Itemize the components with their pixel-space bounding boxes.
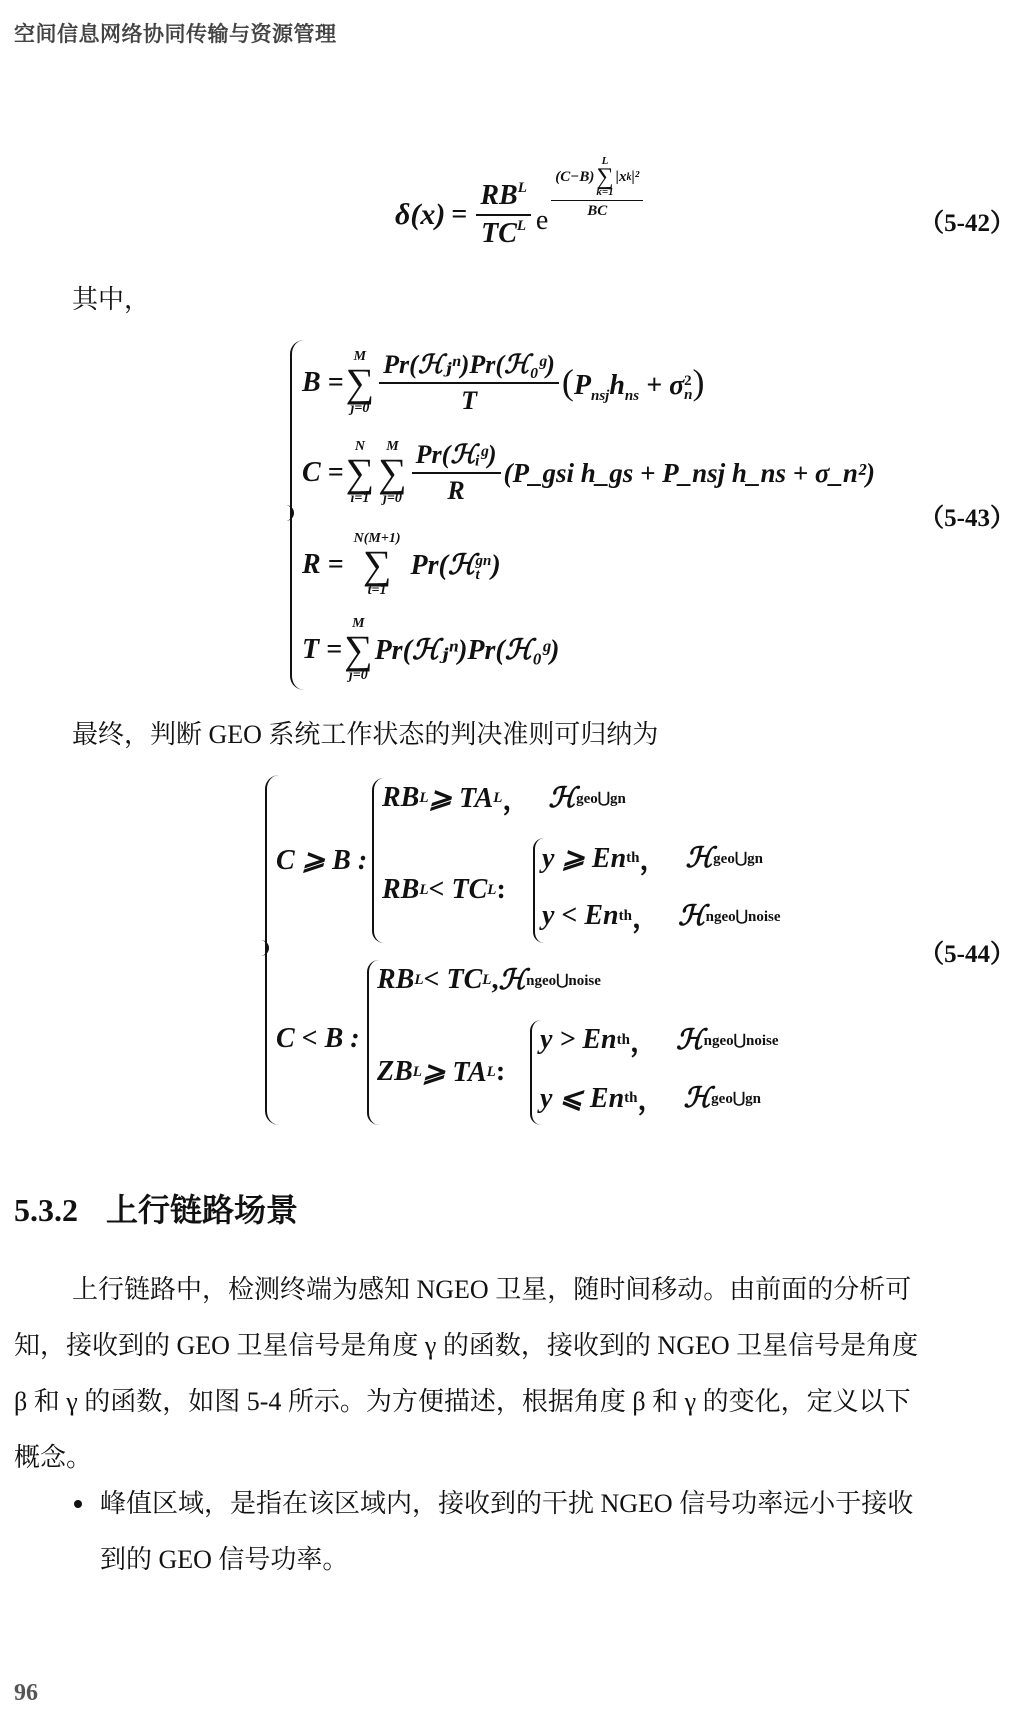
equation-label-5-44: （5-44） [919, 934, 1015, 970]
hyp-sub: ngeo⋃noise [706, 907, 781, 926]
row-body: Pr(ℋⱼⁿ)Pr(ℋ₀ᵍ) [375, 633, 560, 667]
sub: th [624, 1090, 637, 1107]
hyp: ℋ [676, 1023, 704, 1057]
body-sup: gn [476, 554, 492, 568]
expr: RB [382, 782, 419, 814]
sup2: L [487, 882, 496, 899]
page-number: 96 [14, 1680, 38, 1707]
sigma-icon: ∑ [346, 454, 375, 492]
exp-pre: (C−B) [555, 169, 594, 186]
rel: ⩾ TA [429, 781, 494, 815]
colon: : [496, 1056, 505, 1088]
eq-fraction: RBL TCL [476, 180, 531, 250]
sup2: L [493, 790, 502, 807]
sub: th [619, 908, 632, 925]
sup: L [419, 790, 428, 807]
num-sup: L [518, 180, 527, 196]
sigma-icon: ∑ [596, 167, 613, 187]
row-tail: (P_gsi h_gs + P_nsj h_ns + σ_n²) [504, 458, 876, 489]
sep: ， [637, 1078, 665, 1118]
body-text: Pr(ℋ [411, 550, 476, 581]
tail-sup: 2 [684, 374, 692, 388]
sum-symbol-2: M ∑ j=0 [378, 440, 407, 506]
sigma-icon: ∑ [378, 454, 407, 492]
sum-symbol: L ∑ k=1 [596, 156, 613, 198]
sep: ， [502, 778, 530, 818]
hyp: ℋ [686, 841, 714, 875]
sup: L [414, 972, 423, 989]
sep: ， [632, 896, 660, 936]
num-text: RB [480, 180, 517, 211]
rel: < TC [429, 874, 488, 906]
row-body: Pr(ℋgnt) [411, 548, 501, 582]
eq-equals: = [451, 199, 467, 231]
eq-row-T: T = M ∑ j=0 Pr(ℋⱼⁿ)Pr(ℋ₀ᵍ) [302, 610, 560, 690]
exponent-denominator: BC [587, 201, 607, 220]
sub: th [626, 850, 639, 867]
rel: < TC [424, 964, 483, 996]
sum-bottom: k=1 [596, 187, 613, 198]
bullet-icon [74, 1500, 82, 1508]
expr: y ⩽ En [540, 1081, 624, 1115]
hyp-sub: ngeo⋃noise [526, 971, 601, 990]
eq-row-C: C = N ∑ i=1 M ∑ j=0 Pr(ℋᵢᵍ) R (P_gsi h_g… [302, 433, 875, 513]
section-title: 上行链路场景 [106, 1191, 298, 1229]
bullet-line: 到的 GEO 信号功率。 [100, 1532, 1020, 1588]
paragraph-line: 知，接收到的 GEO 卫星信号是角度 γ 的函数，接收到的 NGEO 卫星信号是… [14, 1318, 1016, 1374]
fraction-numerator: RBL [476, 180, 531, 216]
case-2a: RBL < TCL,ℋngeo⋃noise [377, 958, 601, 1002]
section-heading: 5.3.2上行链路场景 [14, 1185, 298, 1231]
body-end: ) [491, 550, 500, 581]
case-1a: RBL ⩾ TAL，ℋgeo⋃gn [382, 776, 626, 820]
tail-sub1: nsj [591, 388, 609, 404]
sigma-icon: ∑ [346, 364, 375, 402]
fraction-denominator: T [461, 384, 477, 416]
text-finally: 最终，判断 GEO 系统工作状态的判决准则可归纳为 [72, 707, 658, 763]
case-2b-1: y > Enth，ℋngeo⋃noise [540, 1018, 778, 1062]
row-fraction: Pr(ℋᵢᵍ) R [412, 440, 501, 506]
expr: y ⩾ En [542, 841, 626, 875]
hyp: ℋ [548, 781, 576, 815]
tail-h: h [609, 370, 625, 401]
sep: ， [630, 1020, 658, 1060]
eq-row-B: B = M ∑ j=0 Pr(ℋⱼⁿ)Pr(ℋ₀ᵍ) T ((PPnsjhns … [302, 343, 705, 423]
section-number: 5.3.2 [14, 1192, 78, 1228]
text-where: 其中， [72, 272, 150, 328]
row-tail: ((PPnsjhns + σ2n) [562, 361, 705, 405]
hyp: ℋ [678, 899, 706, 933]
fraction-numerator: Pr(ℋⱼⁿ)Pr(ℋ₀ᵍ) [379, 350, 559, 384]
paragraph-line: β 和 γ 的函数，如图 5-4 所示。为方便描述，根据角度 β 和 γ 的变化… [14, 1374, 1016, 1430]
expr: RB [377, 964, 414, 996]
sup2: L [482, 972, 491, 989]
sum-bottom: j=0 [383, 492, 402, 506]
case-1-condition: C ⩾ B : [276, 840, 367, 880]
row-lhs: R = [302, 549, 344, 581]
expr: ZB [377, 1056, 413, 1088]
case-1b-2: y < Enth，ℋngeo⋃noise [542, 894, 780, 938]
sum-bottom: j=0 [350, 402, 369, 416]
expr: y > En [540, 1024, 617, 1056]
sup: L [419, 882, 428, 899]
tail-sub2: ns [625, 388, 639, 404]
den-sup: L [517, 218, 526, 234]
body-sub: t [476, 568, 492, 582]
hyp-sub: ngeo⋃noise [704, 1031, 779, 1050]
sum-bottom: j=0 [349, 669, 368, 683]
equation-5-42: δ(x) = RBL TCL e (C−B) L ∑ k=1 |xk|² BC [395, 160, 646, 270]
paragraph-line: 上行链路中，检测终端为感知 NGEO 卫星，随时间移动。由前面的分析可 [14, 1262, 1016, 1318]
row-lhs: T = [302, 634, 342, 666]
running-header: 空间信息网络协同传输与资源管理 [14, 18, 337, 48]
sum-symbol: N ∑ i=1 [346, 440, 375, 506]
sum-symbol: N(M+1) ∑ t=1 [354, 532, 401, 598]
hyp: ℋ [684, 1081, 712, 1115]
case-2b-2: y ⩽ Enth，ℋgeo⋃gn [540, 1076, 761, 1120]
bullet-line: 峰值区域，是指在该区域内，接收到的干扰 NGEO 信号功率远小于接收 [100, 1476, 1020, 1532]
sum-symbol: M ∑ j=0 [346, 350, 375, 416]
eq-lhs: δ(x) [395, 198, 445, 232]
hyp-sub: geo⋃gn [576, 789, 626, 808]
exponent-fraction: (C−B) L ∑ k=1 |xk|² BC [551, 156, 643, 220]
rel: ⩾ TA [422, 1055, 487, 1089]
expr: y < En [542, 900, 619, 932]
hyp: ℋ [498, 963, 526, 997]
case-1b: RBL < TCL : [382, 868, 506, 912]
row-lhs: B = [302, 367, 344, 399]
sum-bottom: t=1 [368, 584, 387, 598]
sum-symbol: M ∑ j=0 [344, 617, 373, 683]
case-2b: ZBL ⩾ TAL : [377, 1050, 505, 1094]
sigma-icon: ∑ [363, 546, 392, 584]
sigma-icon: ∑ [344, 631, 373, 669]
sep: ， [639, 838, 667, 878]
tail-sub3: n [684, 388, 692, 402]
paragraph: 上行链路中，检测终端为感知 NGEO 卫星，随时间移动。由前面的分析可 知，接收… [14, 1262, 1016, 1486]
row-lhs: C = [302, 457, 344, 489]
exp-abs: |x [616, 169, 627, 186]
case-1b-1: y ⩾ Enth，ℋgeo⋃gn [542, 836, 763, 880]
equation-label-5-43: （5-43） [919, 498, 1015, 534]
exponent-numerator: (C−B) L ∑ k=1 |xk|² [551, 156, 643, 201]
sup: L [413, 1064, 422, 1081]
fraction-denominator: TCL [481, 216, 526, 250]
case-2-condition: C < B : [276, 1019, 360, 1059]
hyp-sub: geo⋃gn [713, 849, 763, 868]
eq-row-R: R = N(M+1) ∑ t=1 Pr(ℋgnt) [302, 525, 501, 605]
equation-label-5-42: （5-42） [919, 203, 1015, 239]
sub: th [617, 1032, 630, 1049]
bullet-item: 峰值区域，是指在该区域内，接收到的干扰 NGEO 信号功率远小于接收 到的 GE… [100, 1476, 1020, 1588]
sep: , [491, 964, 498, 996]
sum-bottom: i=1 [350, 492, 369, 506]
colon: : [496, 874, 505, 906]
fraction-denominator: R [447, 474, 464, 506]
exp-base: e [536, 205, 548, 237]
expr: RB [382, 874, 419, 906]
exp-tail: |² [631, 169, 639, 186]
sup2: L [487, 1064, 496, 1081]
hyp-sub: geo⋃gn [711, 1089, 761, 1108]
fraction-numerator: Pr(ℋᵢᵍ) [412, 440, 501, 474]
tail-sigma: + σ [639, 370, 684, 401]
row-fraction: Pr(ℋⱼⁿ)Pr(ℋ₀ᵍ) T [379, 350, 559, 416]
den-text: TC [481, 218, 517, 249]
